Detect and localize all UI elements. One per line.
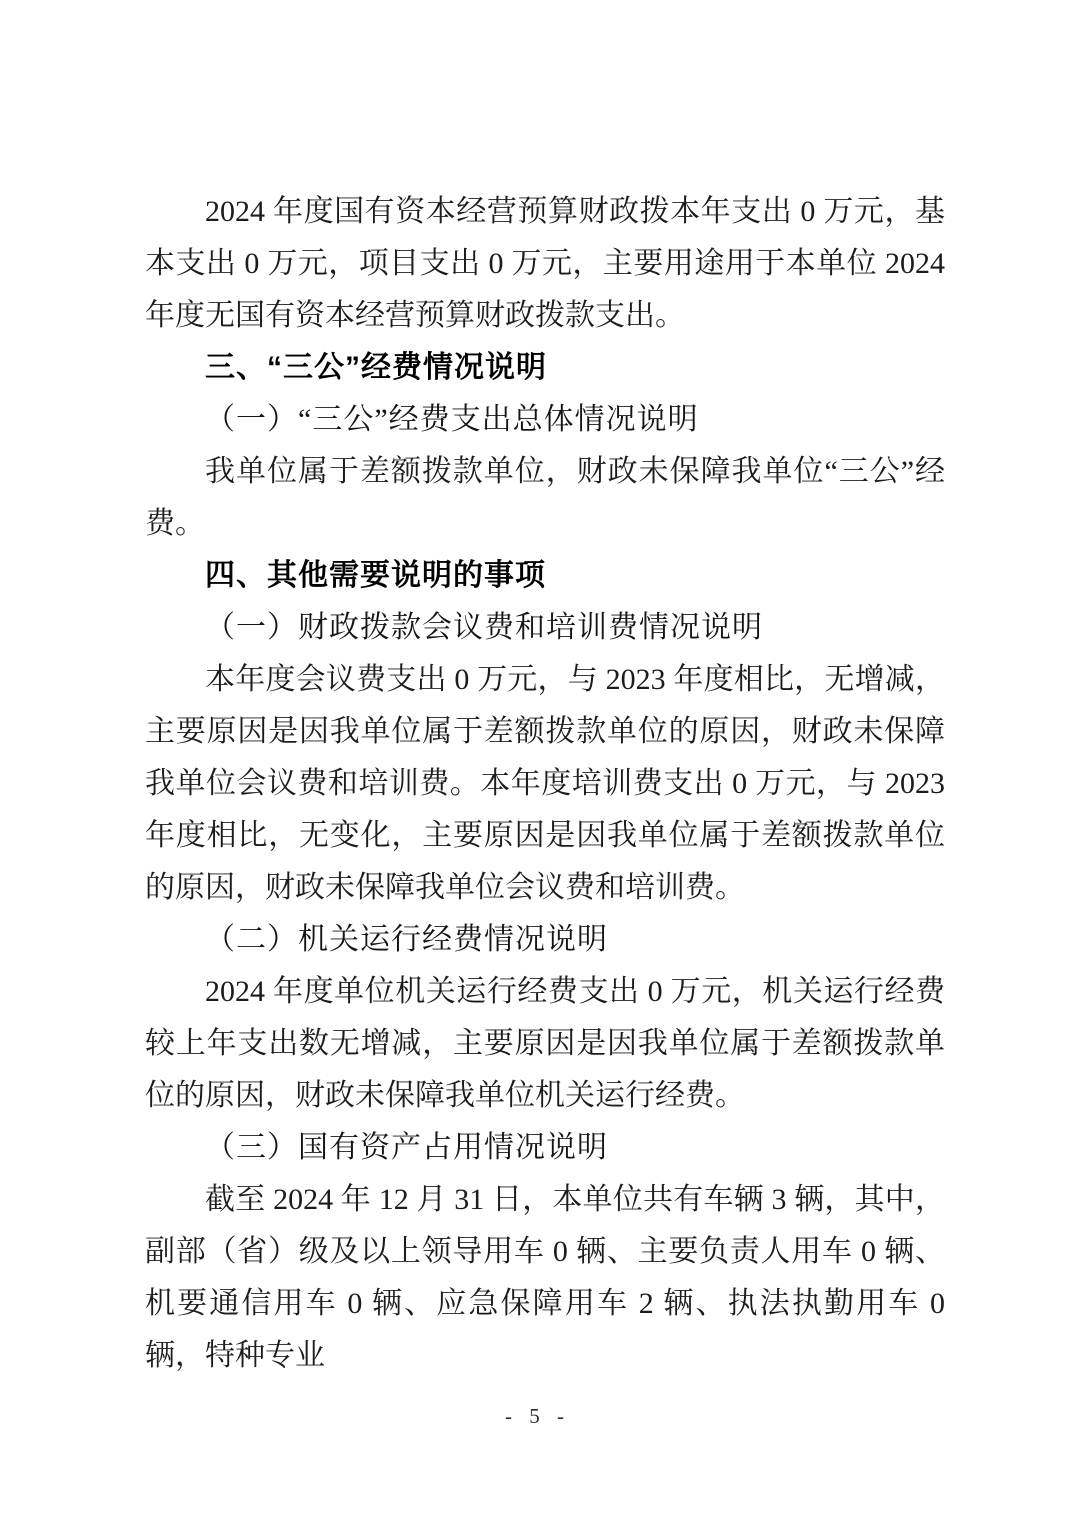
subsection-heading-agency-operating-funds: （二）机关运行经费情况说明 [145,914,945,966]
subsection-heading-meeting-training-fees: （一）财政拨款会议费和培训费情况说明 [145,602,945,654]
paragraph-vehicle-assets: 截至 2024 年 12 月 31 日，本单位共有车辆 3 辆，其中，副部（省）… [145,1174,945,1382]
paragraph-meeting-training-fees: 本年度会议费支出 0 万元，与 2023 年度相比，无增减，主要原因是因我单位属… [145,654,945,914]
subsection-heading-three-public-overall: （一）“三公”经费支出总体情况说明 [145,394,945,446]
document-page: 2024 年度国有资本经营预算财政拨本年支出 0 万元，基本支出 0 万元，项目… [0,0,1075,1520]
document-body: 2024 年度国有资本经营预算财政拨本年支出 0 万元，基本支出 0 万元，项目… [145,186,945,1382]
subsection-heading-state-assets-occupancy: （三）国有资产占用情况说明 [145,1122,945,1174]
section-heading-three-public-funds: 三、“三公”经费情况说明 [145,342,945,394]
paragraph-agency-operating-funds: 2024 年度单位机关运行经费支出 0 万元，机关运行经费较上年支出数无增减，主… [145,966,945,1122]
paragraph-three-public-statement: 我单位属于差额拨款单位，财政未保障我单位“三公”经费。 [145,446,945,550]
section-heading-other-matters: 四、其他需要说明的事项 [145,550,945,602]
paragraph-state-capital-budget: 2024 年度国有资本经营预算财政拨本年支出 0 万元，基本支出 0 万元，项目… [145,186,945,342]
page-number: - 5 - [0,1404,1075,1429]
